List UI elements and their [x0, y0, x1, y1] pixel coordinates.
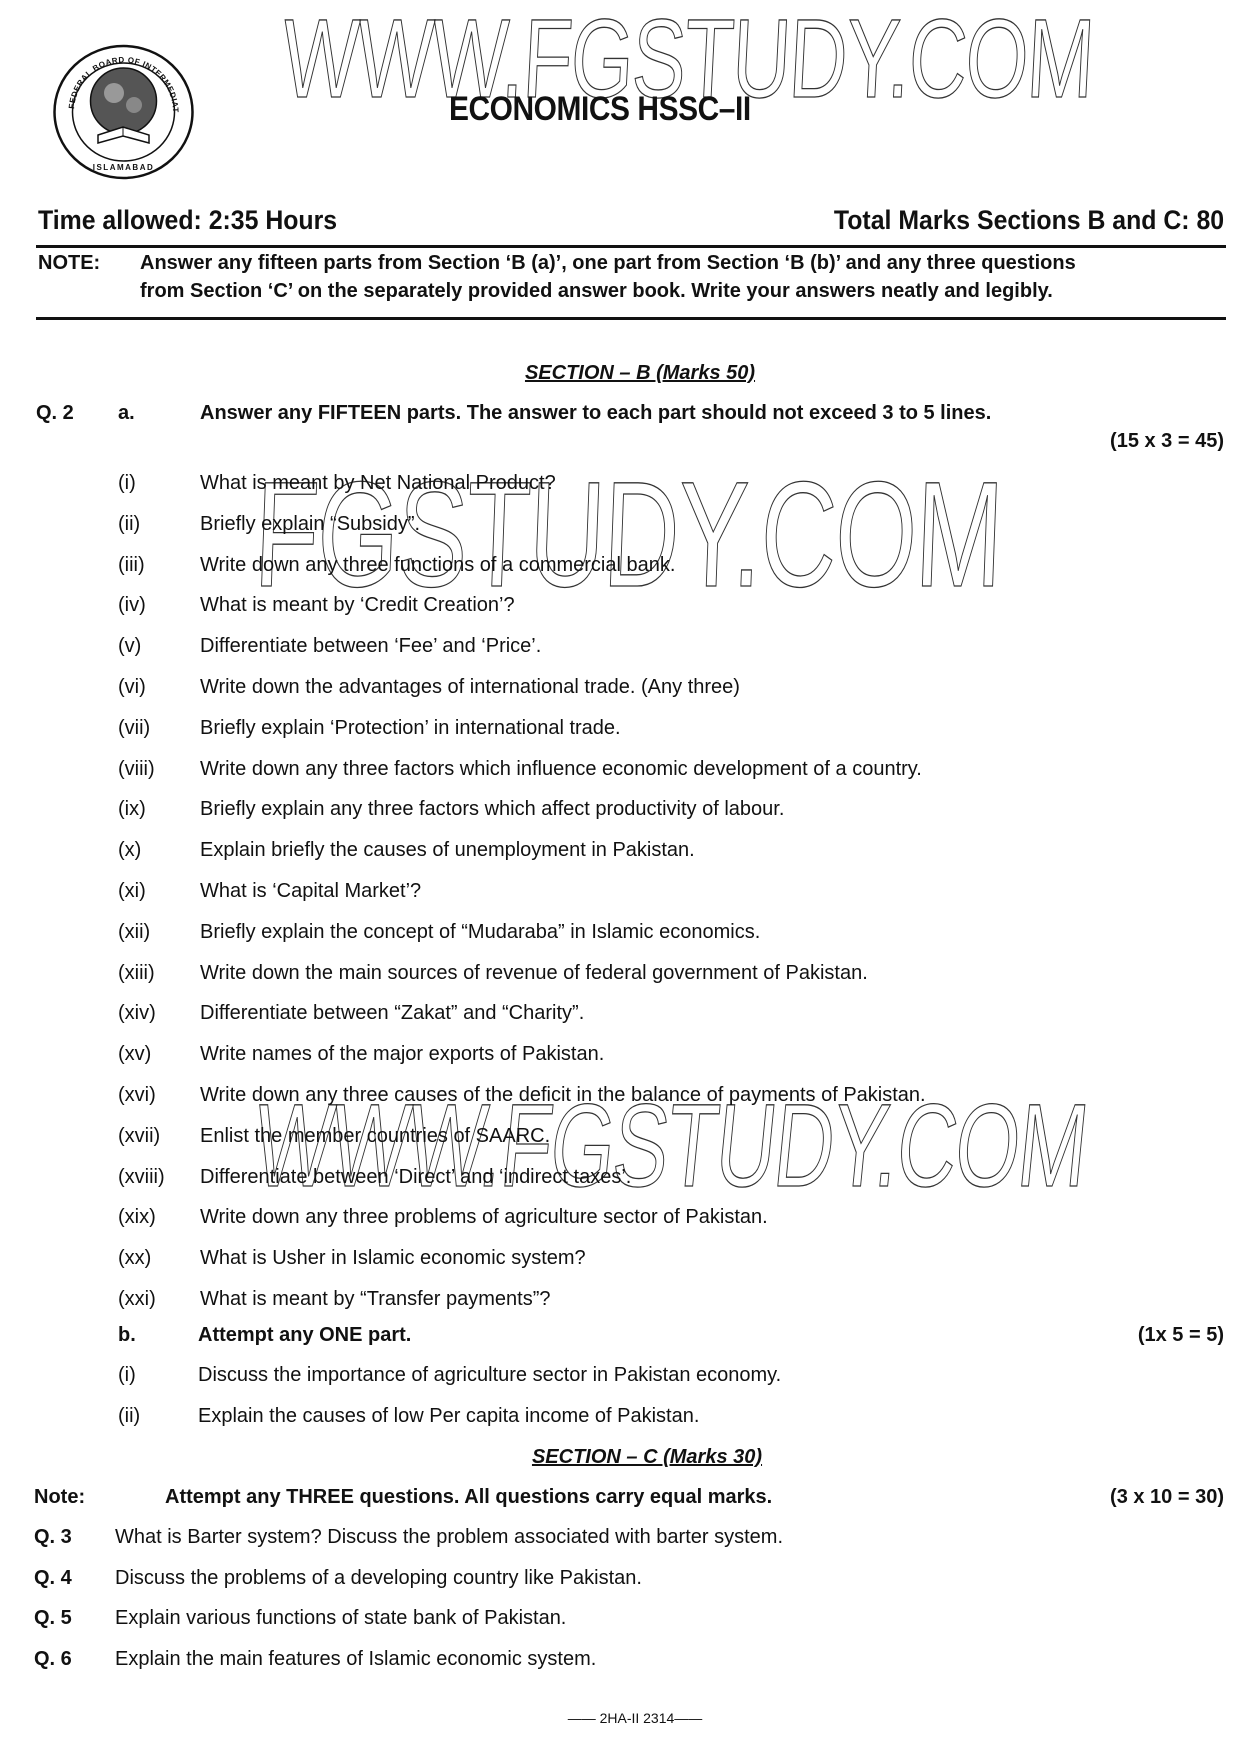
part-a-item-label: (vi): [118, 676, 146, 699]
part-a-marks: (15 x 3 = 45): [1110, 430, 1224, 453]
part-a-item-text: Enlist the member countries of SAARC.: [200, 1125, 550, 1148]
part-b-item-text: Discuss the importance of agriculture se…: [198, 1364, 781, 1387]
part-a-item-label: (x): [118, 839, 141, 862]
section-c-note-text: Attempt any THREE questions. All questio…: [165, 1486, 772, 1509]
part-b-instruction: Attempt any ONE part.: [198, 1324, 411, 1347]
section-c-question-label: Q. 6: [34, 1648, 72, 1671]
part-a-item-text: Write names of the major exports of Paki…: [200, 1043, 604, 1066]
note-line-2: from Section ‘C’ on the separately provi…: [140, 280, 1053, 303]
part-a-item-label: (xviii): [118, 1166, 165, 1189]
part-a-item-text: What is meant by Net National Product?: [200, 472, 556, 495]
part-a-item-label: (xix): [118, 1206, 156, 1229]
part-a-item-text: Briefly explain ‘Protection’ in internat…: [200, 717, 621, 740]
part-a-item-label: (iii): [118, 554, 145, 577]
part-a-item-text: Write down any three problems of agricul…: [200, 1206, 768, 1229]
section-c-question-text: Explain the main features of Islamic eco…: [115, 1648, 596, 1671]
svg-text:ISLAMABAD: ISLAMABAD: [93, 163, 155, 172]
part-a-item-label: (xx): [118, 1247, 151, 1270]
part-a-item-label: (xv): [118, 1043, 151, 1066]
part-a-item-label: (viii): [118, 758, 155, 781]
section-c-heading: SECTION – C (Marks 30): [532, 1446, 762, 1469]
time-allowed: Time allowed: 2:35 Hours: [38, 205, 337, 236]
part-a-item-text: Explain briefly the causes of unemployme…: [200, 839, 695, 862]
part-a-item-label: (i): [118, 472, 136, 495]
note-rule: [36, 317, 1226, 320]
note-line-1: Answer any fifteen parts from Section ‘B…: [140, 252, 1076, 275]
part-a-item-text: Write down any three factors which influ…: [200, 758, 922, 781]
part-a-item-label: (vii): [118, 717, 150, 740]
part-a-item-text: Briefly explain the concept of “Mudaraba…: [200, 921, 760, 944]
part-b-item-label: (i): [118, 1364, 136, 1387]
part-a-item-text: Write down any three functions of a comm…: [200, 554, 675, 577]
part-a-item-label: (ix): [118, 798, 146, 821]
question-2-label: Q. 2: [36, 402, 74, 425]
part-a-item-label: (xiii): [118, 962, 155, 985]
section-c-question-text: Explain various functions of state bank …: [115, 1607, 566, 1630]
part-a-item-text: Briefly explain “Subsidy”.: [200, 513, 420, 536]
part-b-item-label: (ii): [118, 1405, 140, 1428]
part-a-item-label: (iv): [118, 594, 146, 617]
part-a-item-label: (xvii): [118, 1125, 160, 1148]
section-c-note-label: Note:: [34, 1486, 85, 1509]
part-a-item-text: Write down the advantages of internation…: [200, 676, 740, 699]
header-rule: [36, 245, 1226, 248]
section-c-question-text: Discuss the problems of a developing cou…: [115, 1567, 642, 1590]
part-a-item-label: (ii): [118, 513, 140, 536]
section-c-question-label: Q. 5: [34, 1607, 72, 1630]
part-a-item-text: What is meant by “Transfer payments”?: [200, 1288, 551, 1311]
part-b-label: b.: [118, 1324, 136, 1347]
part-b-item-text: Explain the causes of low Per capita inc…: [198, 1405, 699, 1428]
section-b-heading: SECTION – B (Marks 50): [525, 362, 755, 385]
part-a-item-text: Write down any three causes of the defic…: [200, 1084, 926, 1107]
note-label: NOTE:: [38, 252, 100, 275]
section-c-question-text: What is Barter system? Discuss the probl…: [115, 1526, 783, 1549]
part-a-item-label: (v): [118, 635, 141, 658]
part-a-item-text: Write down the main sources of revenue o…: [200, 962, 868, 985]
part-a-label: a.: [118, 402, 135, 425]
part-b-marks: (1x 5 = 5): [1138, 1324, 1224, 1347]
part-a-item-label: (xi): [118, 880, 146, 903]
part-a-item-text: Differentiate between “Zakat” and “Chari…: [200, 1002, 584, 1025]
part-a-item-label: (xvi): [118, 1084, 156, 1107]
part-a-item-label: (xiv): [118, 1002, 156, 1025]
part-a-item-text: Differentiate between ‘Fee’ and ‘Price’.: [200, 635, 541, 658]
part-a-item-label: (xii): [118, 921, 150, 944]
section-c-question-label: Q. 4: [34, 1567, 72, 1590]
part-a-item-text: Differentiate between ‘Direct’ and ‘indi…: [200, 1166, 631, 1189]
section-c-question-label: Q. 3: [34, 1526, 72, 1549]
part-a-instruction: Answer any FIFTEEN parts. The answer to …: [200, 402, 991, 425]
exam-title: ECONOMICS HSSC–II: [449, 90, 751, 129]
part-a-item-label: (xxi): [118, 1288, 156, 1311]
paper-code-footer: —— 2HA-II 2314——: [568, 1710, 703, 1726]
board-seal-logo: FEDERAL BOARD OF INTERMEDIATE AND SECOND…: [52, 43, 195, 181]
total-marks: Total Marks Sections B and C: 80: [834, 205, 1224, 236]
part-a-item-text: What is Usher in Islamic economic system…: [200, 1247, 586, 1270]
part-a-item-text: What is ‘Capital Market’?: [200, 880, 421, 903]
part-a-item-text: Briefly explain any three factors which …: [200, 798, 784, 821]
section-c-marks: (3 x 10 = 30): [1110, 1486, 1224, 1509]
part-a-item-text: What is meant by ‘Credit Creation’?: [200, 594, 515, 617]
